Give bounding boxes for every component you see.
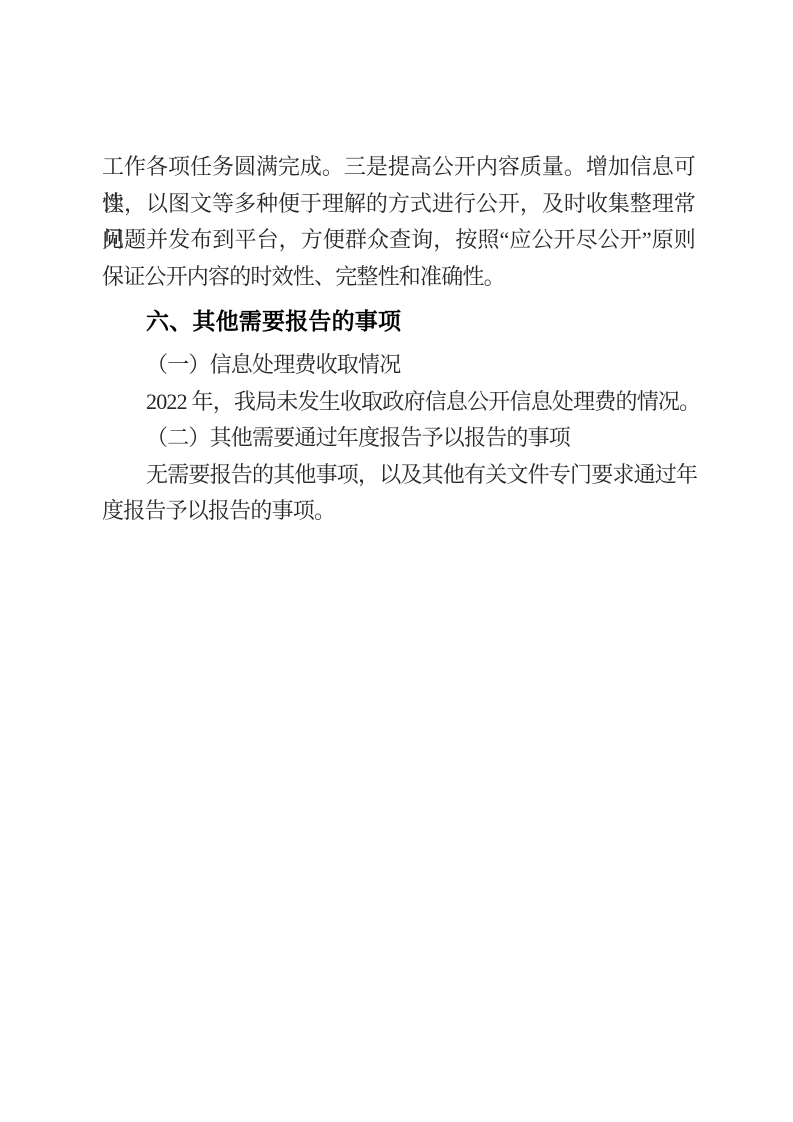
subsection-one-heading: （一）信息处理费收取情况 — [102, 347, 695, 384]
subsection-two-body-line: 度报告予以报告的事项。 — [102, 493, 695, 530]
subsection-two: （二）其他需要通过年度报告予以报告的事项 无需要报告的其他事项，以及其他有关文件… — [102, 420, 695, 530]
subsection-one-body: 2022 年，我局未发生收取政府信息公开信息处理费的情况。 — [102, 384, 695, 421]
document-content: 工作各项任务圆满完成。三是提高公开内容质量。增加信息可读 性，以图文等多种便于理… — [102, 149, 695, 530]
paragraph-line: 性，以图文等多种便于理解的方式进行公开，及时收集整理常见 — [102, 186, 695, 223]
subsection-two-body-line: 无需要报告的其他事项，以及其他有关文件专门要求通过年 — [102, 457, 695, 494]
document-page: 工作各项任务圆满完成。三是提高公开内容质量。增加信息可读 性，以图文等多种便于理… — [0, 0, 793, 1122]
paragraph-line: 问题并发布到平台，方便群众查询，按照“应公开尽公开”原则 — [102, 222, 695, 259]
paragraph-line: 工作各项任务圆满完成。三是提高公开内容质量。增加信息可读 — [102, 149, 695, 186]
paragraph-line: 保证公开内容的时效性、完整性和准确性。 — [102, 259, 695, 296]
subsection-one: （一）信息处理费收取情况 2022 年，我局未发生收取政府信息公开信息处理费的情… — [102, 347, 695, 420]
section-heading: 六、其他需要报告的事项 — [102, 303, 695, 340]
continued-paragraph: 工作各项任务圆满完成。三是提高公开内容质量。增加信息可读 性，以图文等多种便于理… — [102, 149, 695, 295]
subsection-two-heading: （二）其他需要通过年度报告予以报告的事项 — [102, 420, 695, 457]
